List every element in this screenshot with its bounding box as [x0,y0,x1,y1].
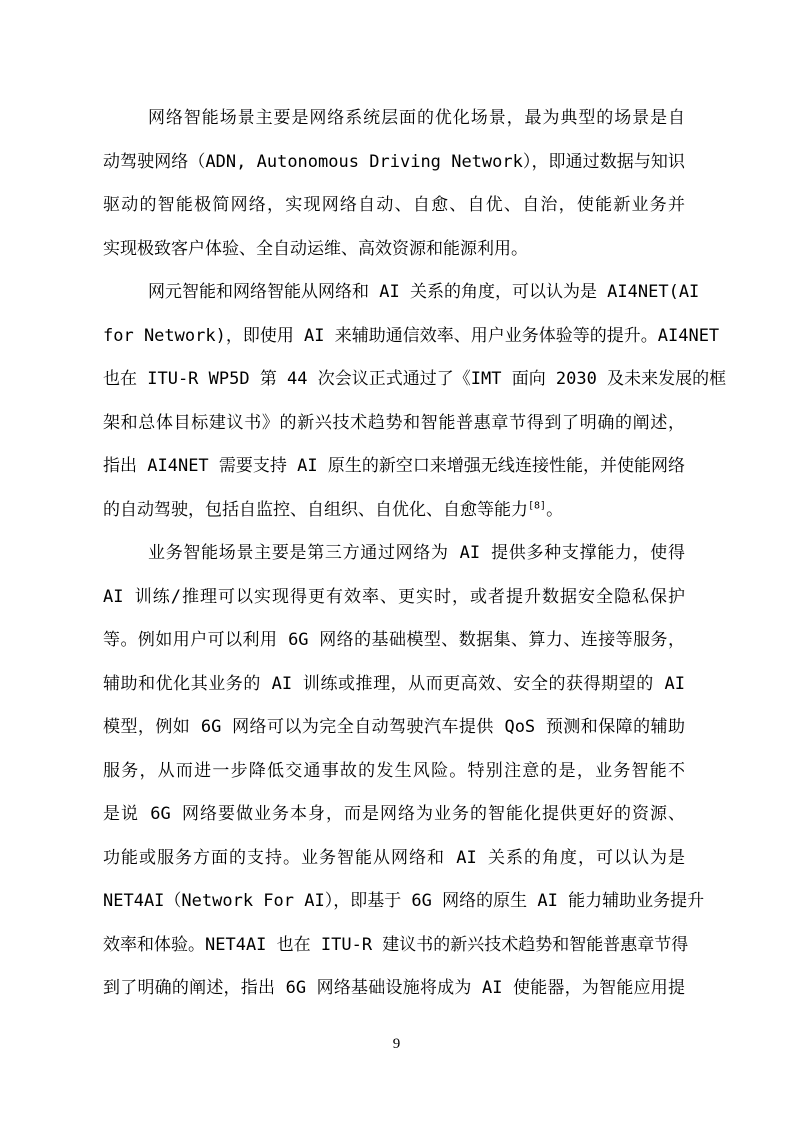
document-body: 网络智能场景主要是网络系统层面的优化场景，最为典型的场景是自动驾驶网络（ADN,… [103,97,685,1011]
text-line: 服务，从而进一步降低交通事故的发生风险。特别注意的是，业务智能不 [103,750,685,794]
document-page: 网络智能场景主要是网络系统层面的优化场景，最为典型的场景是自动驾驶网络（ADN,… [0,0,793,1122]
paragraph: 网络智能场景主要是网络系统层面的优化场景，最为典型的场景是自动驾驶网络（ADN,… [103,97,685,271]
text-line: 辅助和优化其业务的 AI 训练或推理，从而更高效、安全的获得期望的 AI [103,663,685,707]
text-line: 网元智能和网络智能从网络和 AI 关系的角度，可以认为是 AI4NET(AI [103,271,685,315]
text-line: 驱动的智能极简网络，实现网络自动、自愈、自优、自治，使能新业务并 [103,184,685,228]
text-line: 指出 AI4NET 需要支持 AI 原生的新空口来增强无线连接性能，并使能网络 [103,445,685,489]
paragraph: 网元智能和网络智能从网络和 AI 关系的角度，可以认为是 AI4NET(AIfo… [103,271,685,532]
text-line: 是说 6G 网络要做业务本身，而是网络为业务的智能化提供更好的资源、 [103,793,685,837]
text-line: 等。例如用户可以利用 6G 网络的基础模型、数据集、算力、连接等服务， [103,619,685,663]
paragraph: 业务智能场景主要是第三方通过网络为 AI 提供多种支撑能力，使得AI 训练/推理… [103,532,685,1011]
text-line: 业务智能场景主要是第三方通过网络为 AI 提供多种支撑能力，使得 [103,532,685,576]
text-line: 也在 ITU-R WP5D 第 44 次会议正式通过了《IMT 面向 2030 … [103,358,685,402]
footnote-ref: [8] [528,500,546,511]
text-line: 动驾驶网络（ADN, Autonomous Driving Network），即… [103,141,685,185]
text-line: NET4AI（Network For AI），即基于 6G 网络的原生 AI 能… [103,880,685,924]
text-line: for Network)，即使用 AI 来辅助通信效率、用户业务体验等的提升。A… [103,315,685,359]
text-line: 的自动驾驶，包括自监控、自组织、自优化、自愈等能力[8]。 [103,489,685,533]
text-line: AI 训练/推理可以实现得更有效率、更实时，或者提升数据安全隐私保护 [103,576,685,620]
text-line: 模型，例如 6G 网络可以为完全自动驾驶汽车提供 QoS 预测和保障的辅助 [103,706,685,750]
text-line: 到了明确的阐述，指出 6G 网络基础设施将成为 AI 使能器，为智能应用提 [103,967,685,1011]
text-line: 网络智能场景主要是网络系统层面的优化场景，最为典型的场景是自 [103,97,685,141]
text-line: 架和总体目标建议书》的新兴技术趋势和智能普惠章节得到了明确的阐述， [103,402,685,446]
text-line: 实现极致客户体验、全自动运维、高效资源和能源利用。 [103,228,685,272]
page-number: 9 [0,1034,793,1054]
text-line: 效率和体验。NET4AI 也在 ITU-R 建议书的新兴技术趋势和智能普惠章节得 [103,924,685,968]
text-line: 功能或服务方面的支持。业务智能从网络和 AI 关系的角度，可以认为是 [103,837,685,881]
